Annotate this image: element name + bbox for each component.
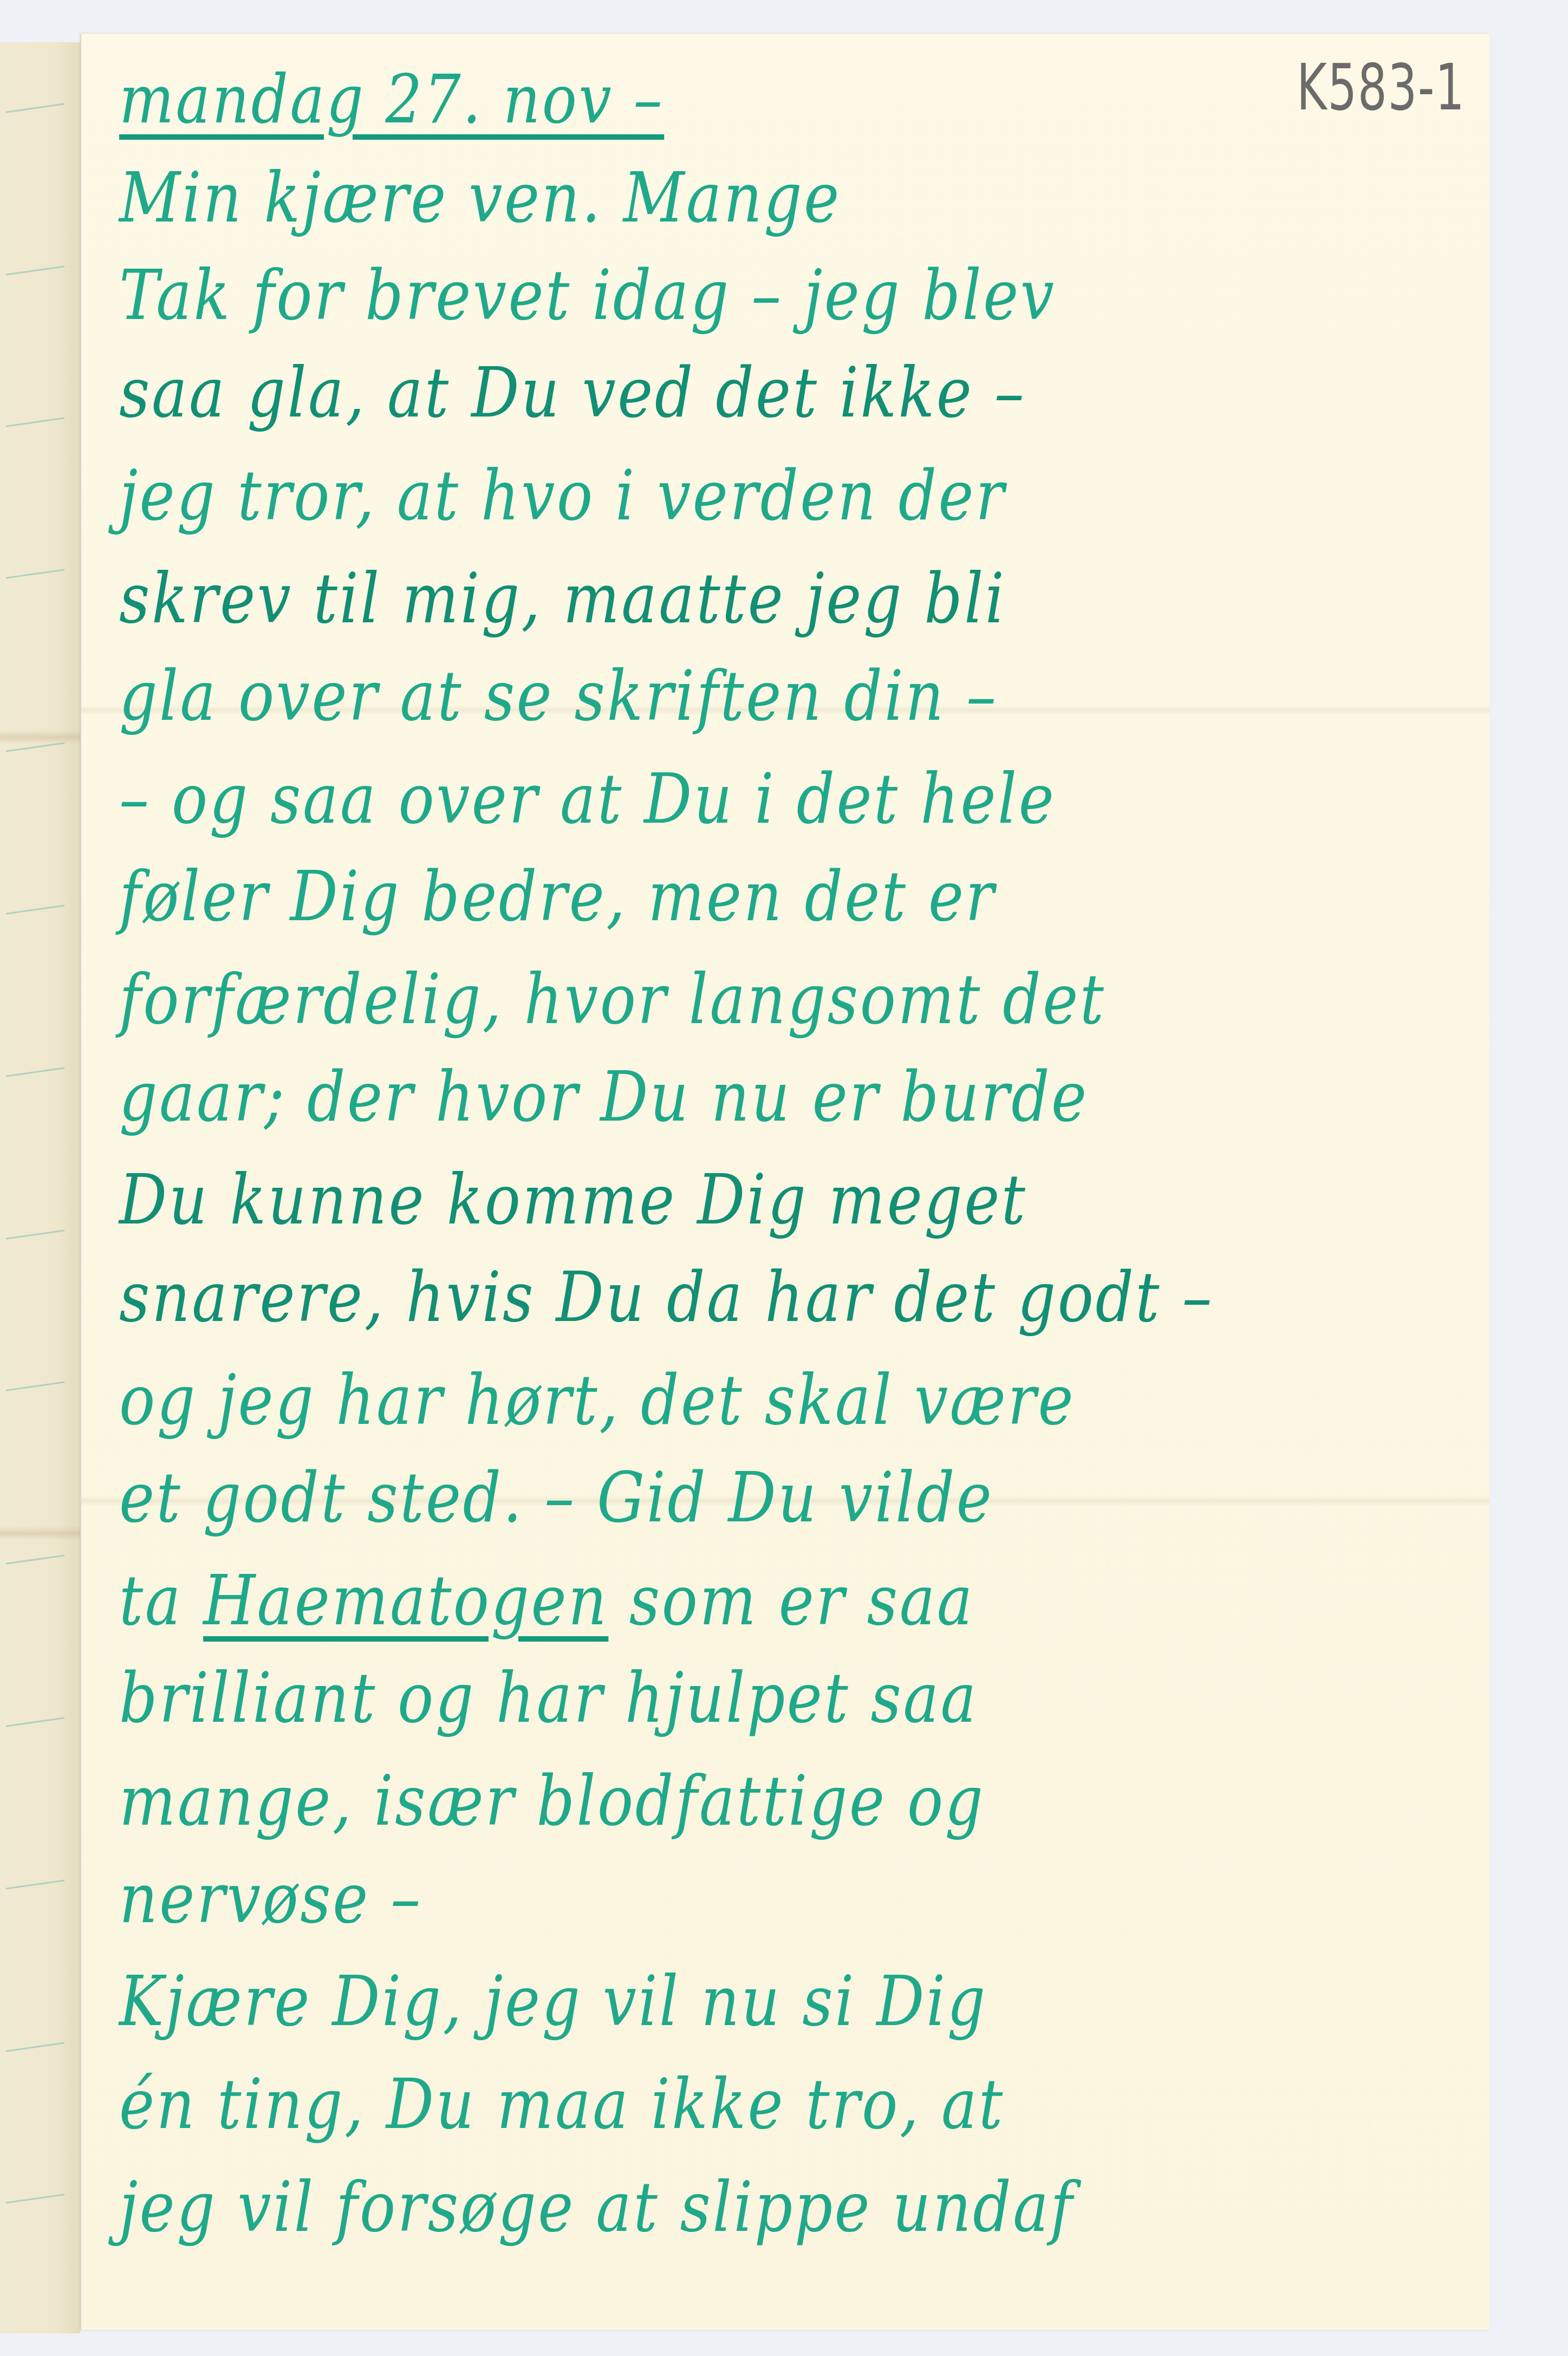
letter-line: saa gla, at Du ved det ikke – xyxy=(119,359,1284,428)
letter-page: K583-1 mandag 27. nov – Min kjære ven. M… xyxy=(81,34,1489,2330)
letter-line: Du kunne komme Dig meget xyxy=(119,1166,1284,1235)
letter-line: føler Dig bedre, men det er xyxy=(119,862,1284,932)
line-end: som er saa xyxy=(629,1560,974,1641)
letter-line: og jeg har hørt, det skal være xyxy=(119,1366,1284,1435)
letter-line: brilliant og har hjulpet saa xyxy=(119,1664,1284,1733)
letter-line: jeg vil forsøge at slippe undaf xyxy=(119,2173,1284,2242)
letter-line: jeg tror, at hvo i verden der xyxy=(119,461,1284,531)
letter-line: snarere, hvis Du da har det godt – xyxy=(119,1263,1284,1332)
letter-line: forfærdelig, hvor langsomt det xyxy=(119,965,1284,1034)
underlined-word: Haematogen xyxy=(203,1560,608,1641)
letter-line: – og saa over at Du i det hele xyxy=(119,765,1284,834)
date-line: mandag 27. nov – xyxy=(119,66,1284,133)
letter-line: nervøse – xyxy=(119,1864,1284,1934)
letter-line: én ting, Du maa ikke tro, at xyxy=(119,2070,1284,2139)
adjacent-page-strip xyxy=(0,42,80,2333)
letter-line: et godt sted. – Gid Du vilde xyxy=(119,1463,1284,1533)
letter-line: Tak for brevet idag – jeg blev xyxy=(119,261,1284,330)
line-start: ta xyxy=(119,1560,183,1641)
letter-line: gaar; der hvor Du nu er burde xyxy=(119,1063,1284,1132)
bleed-through-ink xyxy=(0,42,80,2333)
letter-line: Min kjære ven. Mange xyxy=(119,164,1284,233)
letter-line: skrev til mig, maatte jeg bli xyxy=(119,564,1284,634)
letter-line: Kjære Dig, jeg vil nu si Dig xyxy=(119,1967,1284,2036)
letter-line: mange, især blodfattige og xyxy=(119,1767,1284,1836)
catalog-number: K583-1 xyxy=(1297,50,1465,125)
date-text: mandag 27. nov – xyxy=(119,61,664,139)
letter-line: gla over at se skriften din – xyxy=(119,662,1284,731)
letter-line: ta Haematogen som er saa xyxy=(119,1566,1284,1636)
